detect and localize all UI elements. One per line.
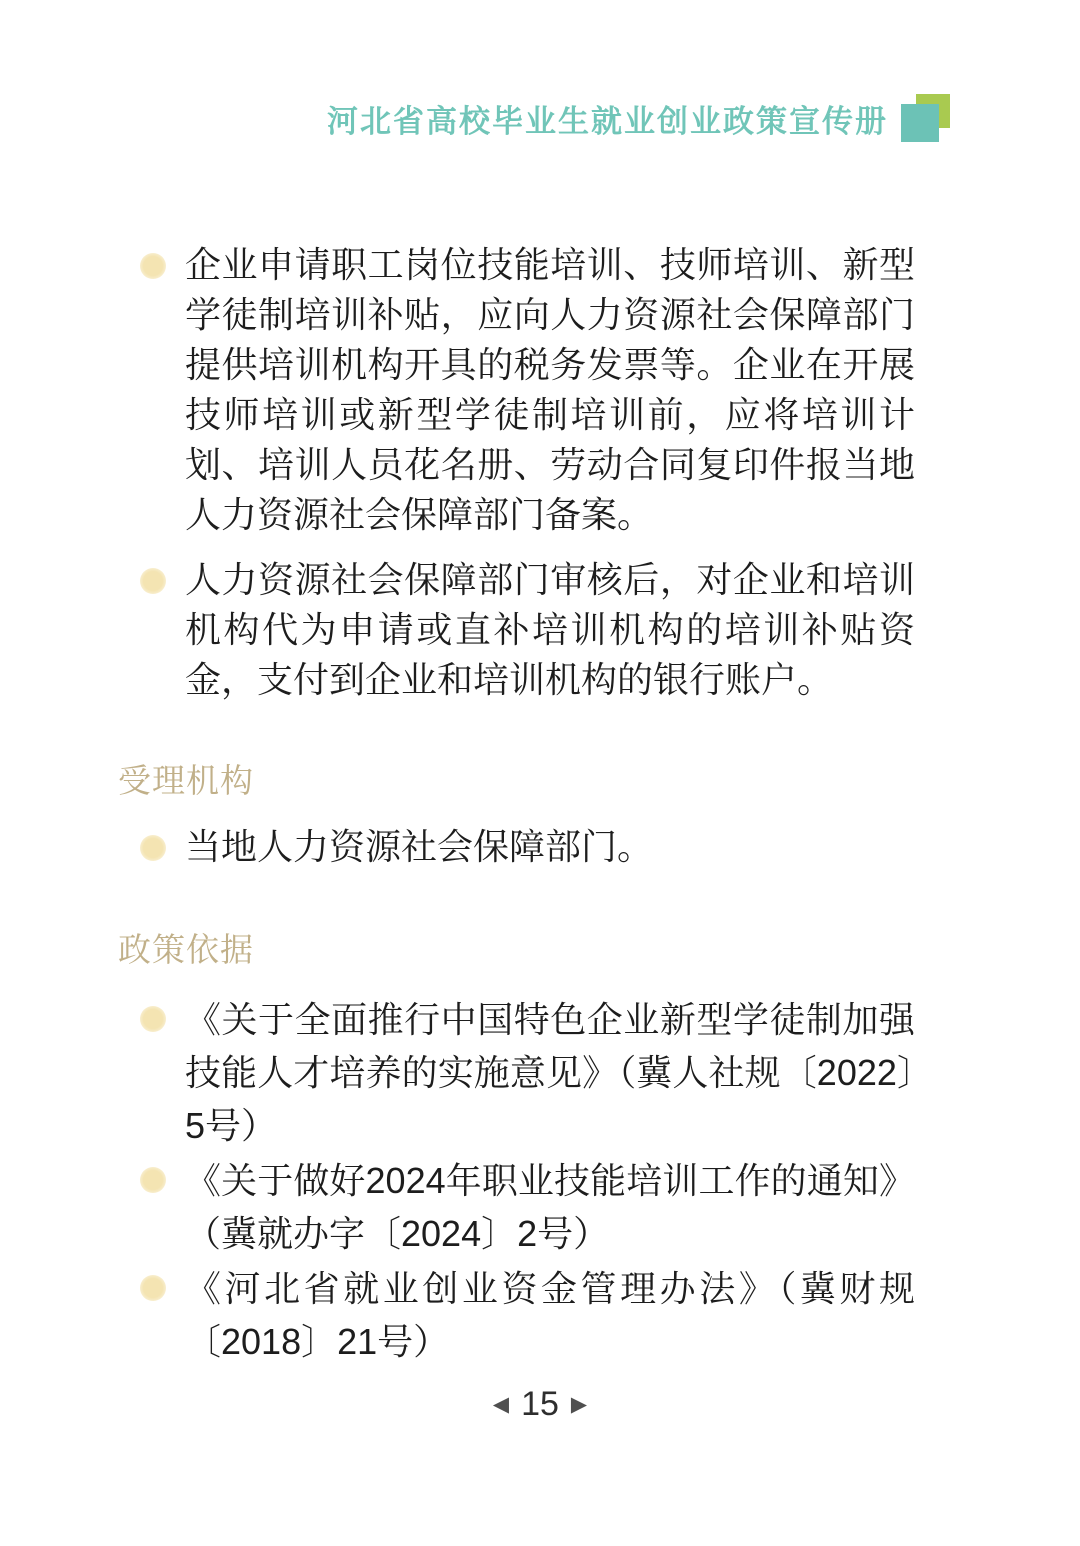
bullet-text: 《河北省就业创业资金管理办法》（冀财规〔2018〕21号） [185,1262,915,1368]
bullet-dot-icon [140,253,166,279]
list-item: 人力资源社会保障部门审核后，对企业和培训机构代为申请或直补培训机构的培训补贴资金… [140,555,1080,705]
overlapping-squares-icon [901,94,950,142]
bullet-dot-icon [140,835,166,861]
bullet-text: 《关于全面推行中国特色企业新型学徒制加强技能人才培养的实施意见》（冀人社规〔20… [185,993,915,1152]
intro-bullet-list: 企业申请职工岗位技能培训、技师培训、新型学徒制培训补贴，应向人力资源社会保障部门… [0,240,1080,705]
policy-basis-list: 《关于全面推行中国特色企业新型学徒制加强技能人才培养的实施意见》（冀人社规〔20… [0,993,1080,1368]
page-footer: ◀ 15 ▶ [0,1385,1080,1424]
policy-reference-item: 《河北省就业创业资金管理办法》（冀财规〔2018〕21号） [140,1262,1080,1368]
bullet-dot-icon [140,1167,166,1193]
policy-reference-item: 《关于做好2024年职业技能培训工作的通知》（冀就办字〔2024〕2号） [140,1154,1080,1260]
list-item: 当地人力资源社会保障部门。 [140,822,1080,872]
bullet-dot-icon [140,568,166,594]
page-header: 河北省高校毕业生就业创业政策宣传册 [327,94,950,142]
list-item: 企业申请职工岗位技能培训、技师培训、新型学徒制培训补贴，应向人力资源社会保障部门… [140,240,1080,540]
accepting-agency-list: 当地人力资源社会保障部门。 [0,822,1080,872]
brochure-page: 河北省高校毕业生就业创业政策宣传册 企业申请职工岗位技能培训、技师培训、新型学徒… [0,0,1080,1546]
bullet-text: 当地人力资源社会保障部门。 [185,822,915,872]
header-title: 河北省高校毕业生就业创业政策宣传册 [327,96,888,141]
page-number: 15 [521,1385,559,1424]
left-triangle-icon: ◀ [493,1388,509,1422]
bullet-text: 企业申请职工岗位技能培训、技师培训、新型学徒制培训补贴，应向人力资源社会保障部门… [185,240,915,540]
page-content: 企业申请职工岗位技能培训、技师培训、新型学徒制培训补贴，应向人力资源社会保障部门… [0,240,1080,1370]
bullet-dot-icon [140,1275,166,1301]
section-heading-accepting-agency: 受理机构 [0,755,1080,802]
bullet-text: 人力资源社会保障部门审核后，对企业和培训机构代为申请或直补培训机构的培训补贴资金… [185,555,915,705]
section-heading-policy-basis: 政策依据 [0,924,1080,971]
teal-square-icon [901,104,939,142]
bullet-text: 《关于做好2024年职业技能培训工作的通知》（冀就办字〔2024〕2号） [185,1154,915,1260]
right-triangle-icon: ▶ [571,1388,587,1422]
bullet-dot-icon [140,1006,166,1032]
policy-reference-item: 《关于全面推行中国特色企业新型学徒制加强技能人才培养的实施意见》（冀人社规〔20… [140,993,1080,1152]
